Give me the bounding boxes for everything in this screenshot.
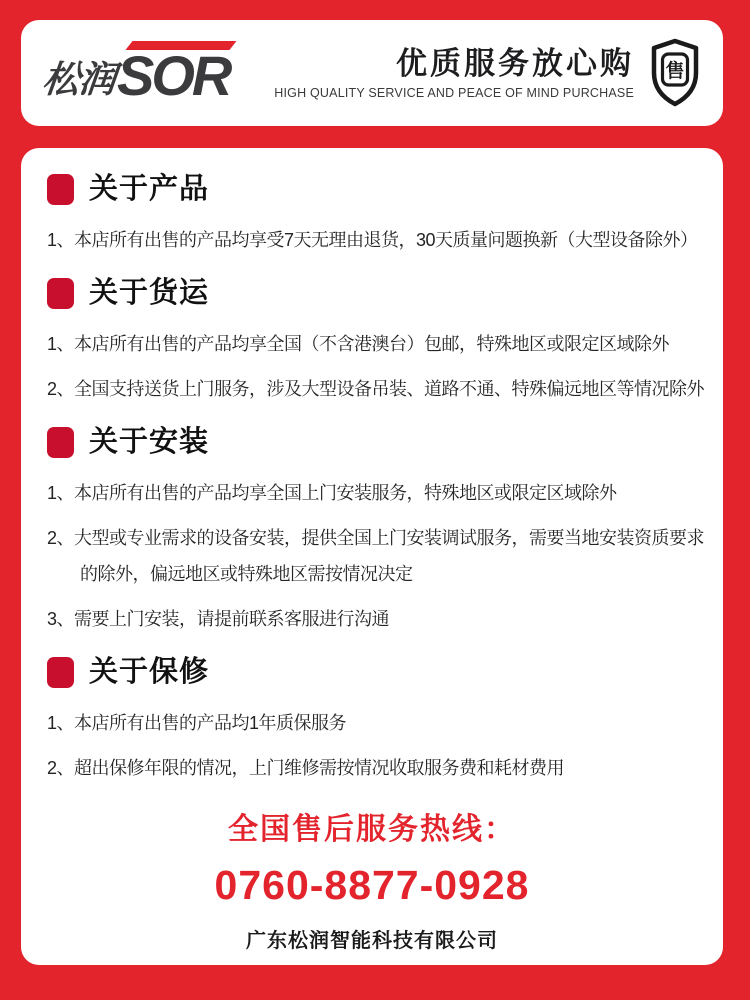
- red-square-bullet-icon: [47, 427, 74, 458]
- section-title: 关于产品: [89, 172, 209, 206]
- list-item: 1、本店所有出售的产品均1年质保服务: [47, 705, 715, 741]
- logo-latin-text: SOR: [117, 48, 229, 104]
- section-head: 关于保修: [47, 655, 715, 689]
- section-title: 关于货运: [89, 276, 209, 310]
- list-item: 2、大型或专业需求的设备安装，提供全国上门安装调试服务，需要当地安装资质要求的除…: [47, 520, 715, 592]
- logo-red-stripe: [125, 41, 236, 50]
- section-product: 关于产品 1、本店所有出售的产品均享受7天无理由退货，30天质量问题换新（大型设…: [47, 172, 715, 258]
- section-installation: 关于安装 1、本店所有出售的产品均享全国上门安装服务，特殊地区或限定区域除外 2…: [47, 425, 715, 637]
- section-title: 关于安装: [89, 425, 209, 459]
- list-item: 1、本店所有出售的产品均享受7天无理由退货，30天质量问题换新（大型设备除外）: [47, 222, 715, 258]
- list-item: 2、全国支持送货上门服务，涉及大型设备吊装、道路不通、特殊偏远地区等情况除外: [47, 371, 715, 407]
- section-head: 关于产品: [47, 172, 715, 206]
- red-square-bullet-icon: [47, 657, 74, 688]
- footer: 全国售后服务热线： 0760-8877-0928 广东松润智能科技有限公司: [47, 804, 715, 953]
- header-right: 优质服务放心购 HIGH QUALITY SERVICE AND PEACE O…: [274, 38, 701, 108]
- hotline-label: 全国售后服务热线：: [47, 804, 697, 848]
- header-subtitle: HIGH QUALITY SERVICE AND PEACE OF MIND P…: [274, 86, 634, 100]
- brand-logo: 松润 SOR: [43, 42, 229, 104]
- company-name: 广东松润智能科技有限公司: [47, 924, 697, 953]
- section-title: 关于保修: [89, 655, 209, 689]
- red-square-bullet-icon: [47, 278, 74, 309]
- section-shipping: 关于货运 1、本店所有出售的产品均享全国（不含港澳台）包邮，特殊地区或限定区域除…: [47, 276, 715, 407]
- section-head: 关于安装: [47, 425, 715, 459]
- after-sales-shield-icon: 售: [649, 38, 701, 108]
- header-title: 优质服务放心购: [274, 46, 634, 82]
- header-card: 松润 SOR 优质服务放心购 HIGH QUALITY SERVICE AND …: [21, 20, 723, 126]
- logo-chinese-text: 松润: [40, 49, 118, 103]
- list-item: 1、本店所有出售的产品均享全国（不含港澳台）包邮，特殊地区或限定区域除外: [47, 326, 715, 362]
- header-titles: 优质服务放心购 HIGH QUALITY SERVICE AND PEACE O…: [274, 46, 634, 101]
- list-item: 3、需要上门安装，请提前联系客服进行沟通: [47, 601, 715, 637]
- red-square-bullet-icon: [47, 174, 74, 205]
- badge-character: 售: [665, 59, 684, 82]
- list-item: 2、超出保修年限的情况，上门维修需按情况收取服务费和耗材费用: [47, 750, 715, 786]
- service-info-card: 关于产品 1、本店所有出售的产品均享受7天无理由退货，30天质量问题换新（大型设…: [21, 148, 723, 965]
- list-item: 1、本店所有出售的产品均享全国上门安装服务，特殊地区或限定区域除外: [47, 475, 715, 511]
- hotline-phone-number: 0760-8877-0928: [47, 862, 697, 909]
- section-head: 关于货运: [47, 276, 715, 310]
- section-warranty: 关于保修 1、本店所有出售的产品均1年质保服务 2、超出保修年限的情况，上门维修…: [47, 655, 715, 786]
